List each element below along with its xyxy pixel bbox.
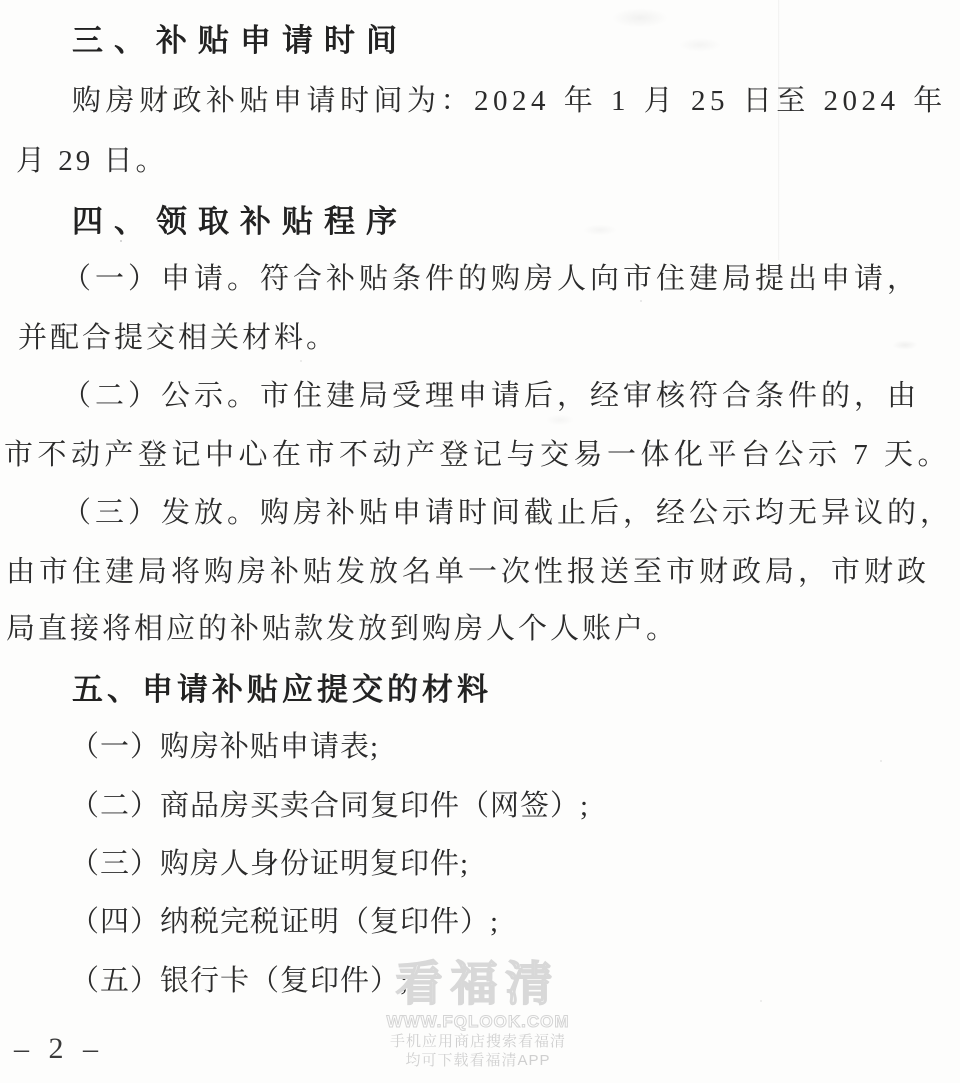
paragraph-line: 并配合提交相关材料。 (18, 315, 338, 356)
paragraph-line: （一）申请。符合补贴条件的购房人向市住建局提出申请， (62, 256, 920, 297)
watermark-url-text: WWW.FQLOOK.COM (386, 1013, 569, 1030)
watermark-brand-text: 看福清 (386, 960, 569, 1007)
list-item-line: （三）购房人身份证明复印件; (70, 841, 469, 882)
watermark-tip-line1: 手机应用商店搜索看福清 (386, 1034, 569, 1049)
list-item-line: （五）银行卡（复印件）; (70, 958, 409, 999)
section-heading-5: 五、申请补贴应提交的材料 (72, 664, 492, 709)
list-item-line: （二）商品房买卖合同复印件（网签）; (70, 783, 589, 824)
paragraph-line: （二）公示。市住建局受理申请后，经审核符合条件的，由 (62, 373, 920, 414)
page-number: – 2 – (14, 1032, 104, 1066)
paragraph-line: 购房财政补贴申请时间为：2024 年 1 月 25 日至 2024 年 3 (72, 78, 960, 119)
paragraph-line: 由市住建局将购房补贴发放名单一次性报送至市财政局，市财政 (6, 549, 930, 590)
paragraph-line: （三）发放。购房补贴申请时间截止后，经公示均无异议的， (62, 490, 953, 531)
list-item-line: （四）纳税完税证明（复印件）; (70, 899, 499, 940)
section-heading-3: 三、补贴申请时间 (72, 15, 408, 60)
paragraph-line: 市不动产登记中心在市不动产登记与交易一体化平台公示 7 天。 (4, 432, 951, 473)
list-item-line: （一）购房补贴申请表; (70, 724, 379, 765)
scanned-document-page: 三、补贴申请时间 购房财政补贴申请时间为：2024 年 1 月 25 日至 20… (0, 0, 960, 1083)
watermark: 看福清 WWW.FQLOOK.COM 手机应用商店搜索看福清 均可下载看福清AP… (386, 960, 569, 1068)
paragraph-line: 局直接将相应的补贴款发放到购房人个人账户。 (6, 606, 678, 647)
paragraph-line: 月 29 日。 (16, 138, 168, 179)
section-heading-4: 四、领取补贴程序 (72, 196, 408, 241)
watermark-tip-line2: 均可下载看福清APP (386, 1053, 569, 1068)
